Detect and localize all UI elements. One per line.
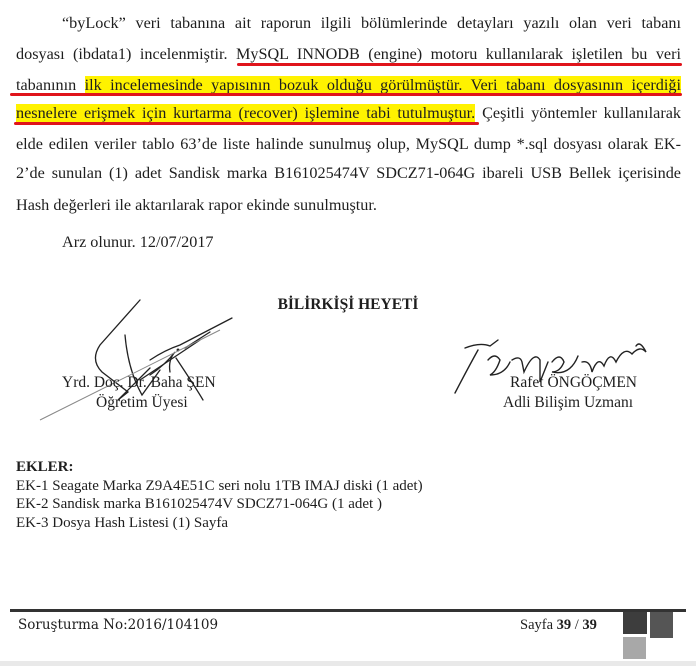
page-number: Sayfa 39 / 39 — [520, 617, 597, 634]
attachment-item: EK-2 Sandisk marka B161025474V SDCZ71-06… — [16, 495, 423, 514]
signatures — [0, 0, 696, 666]
signatory-left-name: Yrd. Doç. Dr. Baha ŞEN — [62, 374, 216, 392]
page-label: Sayfa — [520, 617, 557, 633]
attachments: EKLER: EK-1 Seagate Marka Z9A4E51C seri … — [16, 458, 423, 532]
page-current: 39 — [557, 617, 572, 633]
logo-square-icon — [650, 612, 673, 638]
signatory-left-role: Öğretim Üyesi — [96, 394, 188, 412]
investigation-number: Soruşturma No:2016/104109 — [18, 617, 218, 633]
logo-square-icon — [623, 637, 646, 659]
attachments-heading: EKLER: — [16, 458, 423, 477]
signatory-right-role: Adli Bilişim Uzmanı — [503, 394, 633, 412]
footer-rule — [10, 609, 686, 612]
page-edge — [0, 661, 696, 666]
page-separator: / — [571, 617, 582, 633]
page-total: 39 — [582, 617, 597, 633]
attachment-item: EK-3 Dosya Hash Listesi (1) Sayfa — [16, 514, 423, 533]
attachment-item: EK-1 Seagate Marka Z9A4E51C seri nolu 1T… — [16, 477, 423, 496]
signatory-right-name: Rafet ÖNGÖÇMEN — [510, 374, 637, 392]
logo-square-icon — [623, 612, 647, 634]
